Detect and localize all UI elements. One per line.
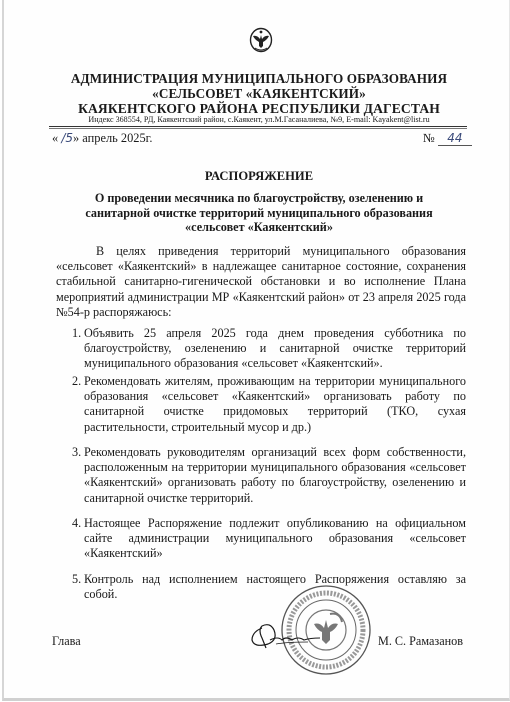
signatory-name: М. С. Рамазанов — [378, 634, 463, 649]
header-divider-thin — [49, 128, 467, 129]
signatory-role: Глава — [52, 634, 81, 649]
item-text: Настоящее Распоряжение подлежит опублико… — [84, 516, 466, 560]
item-text: Рекомендовать жителям, проживающим на те… — [84, 374, 466, 434]
header-org-line-1: АДМИНИСТРАЦИЯ МУНИЦИПАЛЬНОГО ОБРАЗОВАНИЯ — [4, 71, 510, 87]
item-number: 1. — [72, 326, 81, 341]
document-preamble: В целях приведения территорий муниципаль… — [56, 244, 466, 320]
item-text: Объявить 25 апреля 2025 года днем провед… — [84, 326, 466, 370]
order-item-3: 3. Рекомендовать руководителям организац… — [84, 445, 466, 506]
document-number: № 44 — [423, 131, 472, 146]
number-label: № — [423, 131, 435, 145]
date-day-handwritten: /5 — [61, 131, 73, 145]
header-divider — [49, 126, 467, 127]
document-page: АДМИНИСТРАЦИЯ МУНИЦИПАЛЬНОГО ОБРАЗОВАНИЯ… — [2, 0, 510, 701]
order-item-4: 4. Настоящее Распоряжение подлежит опубл… — [84, 516, 466, 562]
item-number: 4. — [72, 516, 81, 531]
header-address: Индекс 368554, РД, Каякентский район, с.… — [4, 115, 510, 124]
coat-of-arms-icon — [249, 26, 273, 54]
item-text: Контроль над исполнением настоящего Расп… — [84, 572, 466, 601]
number-value-handwritten: 44 — [438, 131, 472, 146]
order-item-1: 1. Объявить 25 апреля 2025 года днем про… — [84, 326, 466, 372]
item-number: 5. — [72, 572, 81, 587]
item-text: Рекомендовать руководителям организаций … — [84, 445, 466, 505]
handwritten-signature — [248, 618, 322, 652]
document-subject: О проведении месячника по благоустройств… — [74, 191, 444, 235]
order-item-5: 5. Контроль над исполнением настоящего Р… — [84, 572, 466, 602]
order-item-2: 2. Рекомендовать жителям, проживающим на… — [84, 374, 466, 435]
item-number: 2. — [72, 374, 81, 389]
header-org-line-2: «СЕЛЬСОВЕТ «КАЯКЕНТСКИЙ» — [4, 86, 510, 102]
document-title: РАСПОРЯЖЕНИЕ — [4, 169, 510, 184]
item-number: 3. — [72, 445, 81, 460]
date-month-year: » апрель 2025г. — [73, 131, 152, 145]
date-open-quote: « — [52, 131, 58, 145]
document-date: « /5» апрель 2025г. — [52, 131, 152, 146]
